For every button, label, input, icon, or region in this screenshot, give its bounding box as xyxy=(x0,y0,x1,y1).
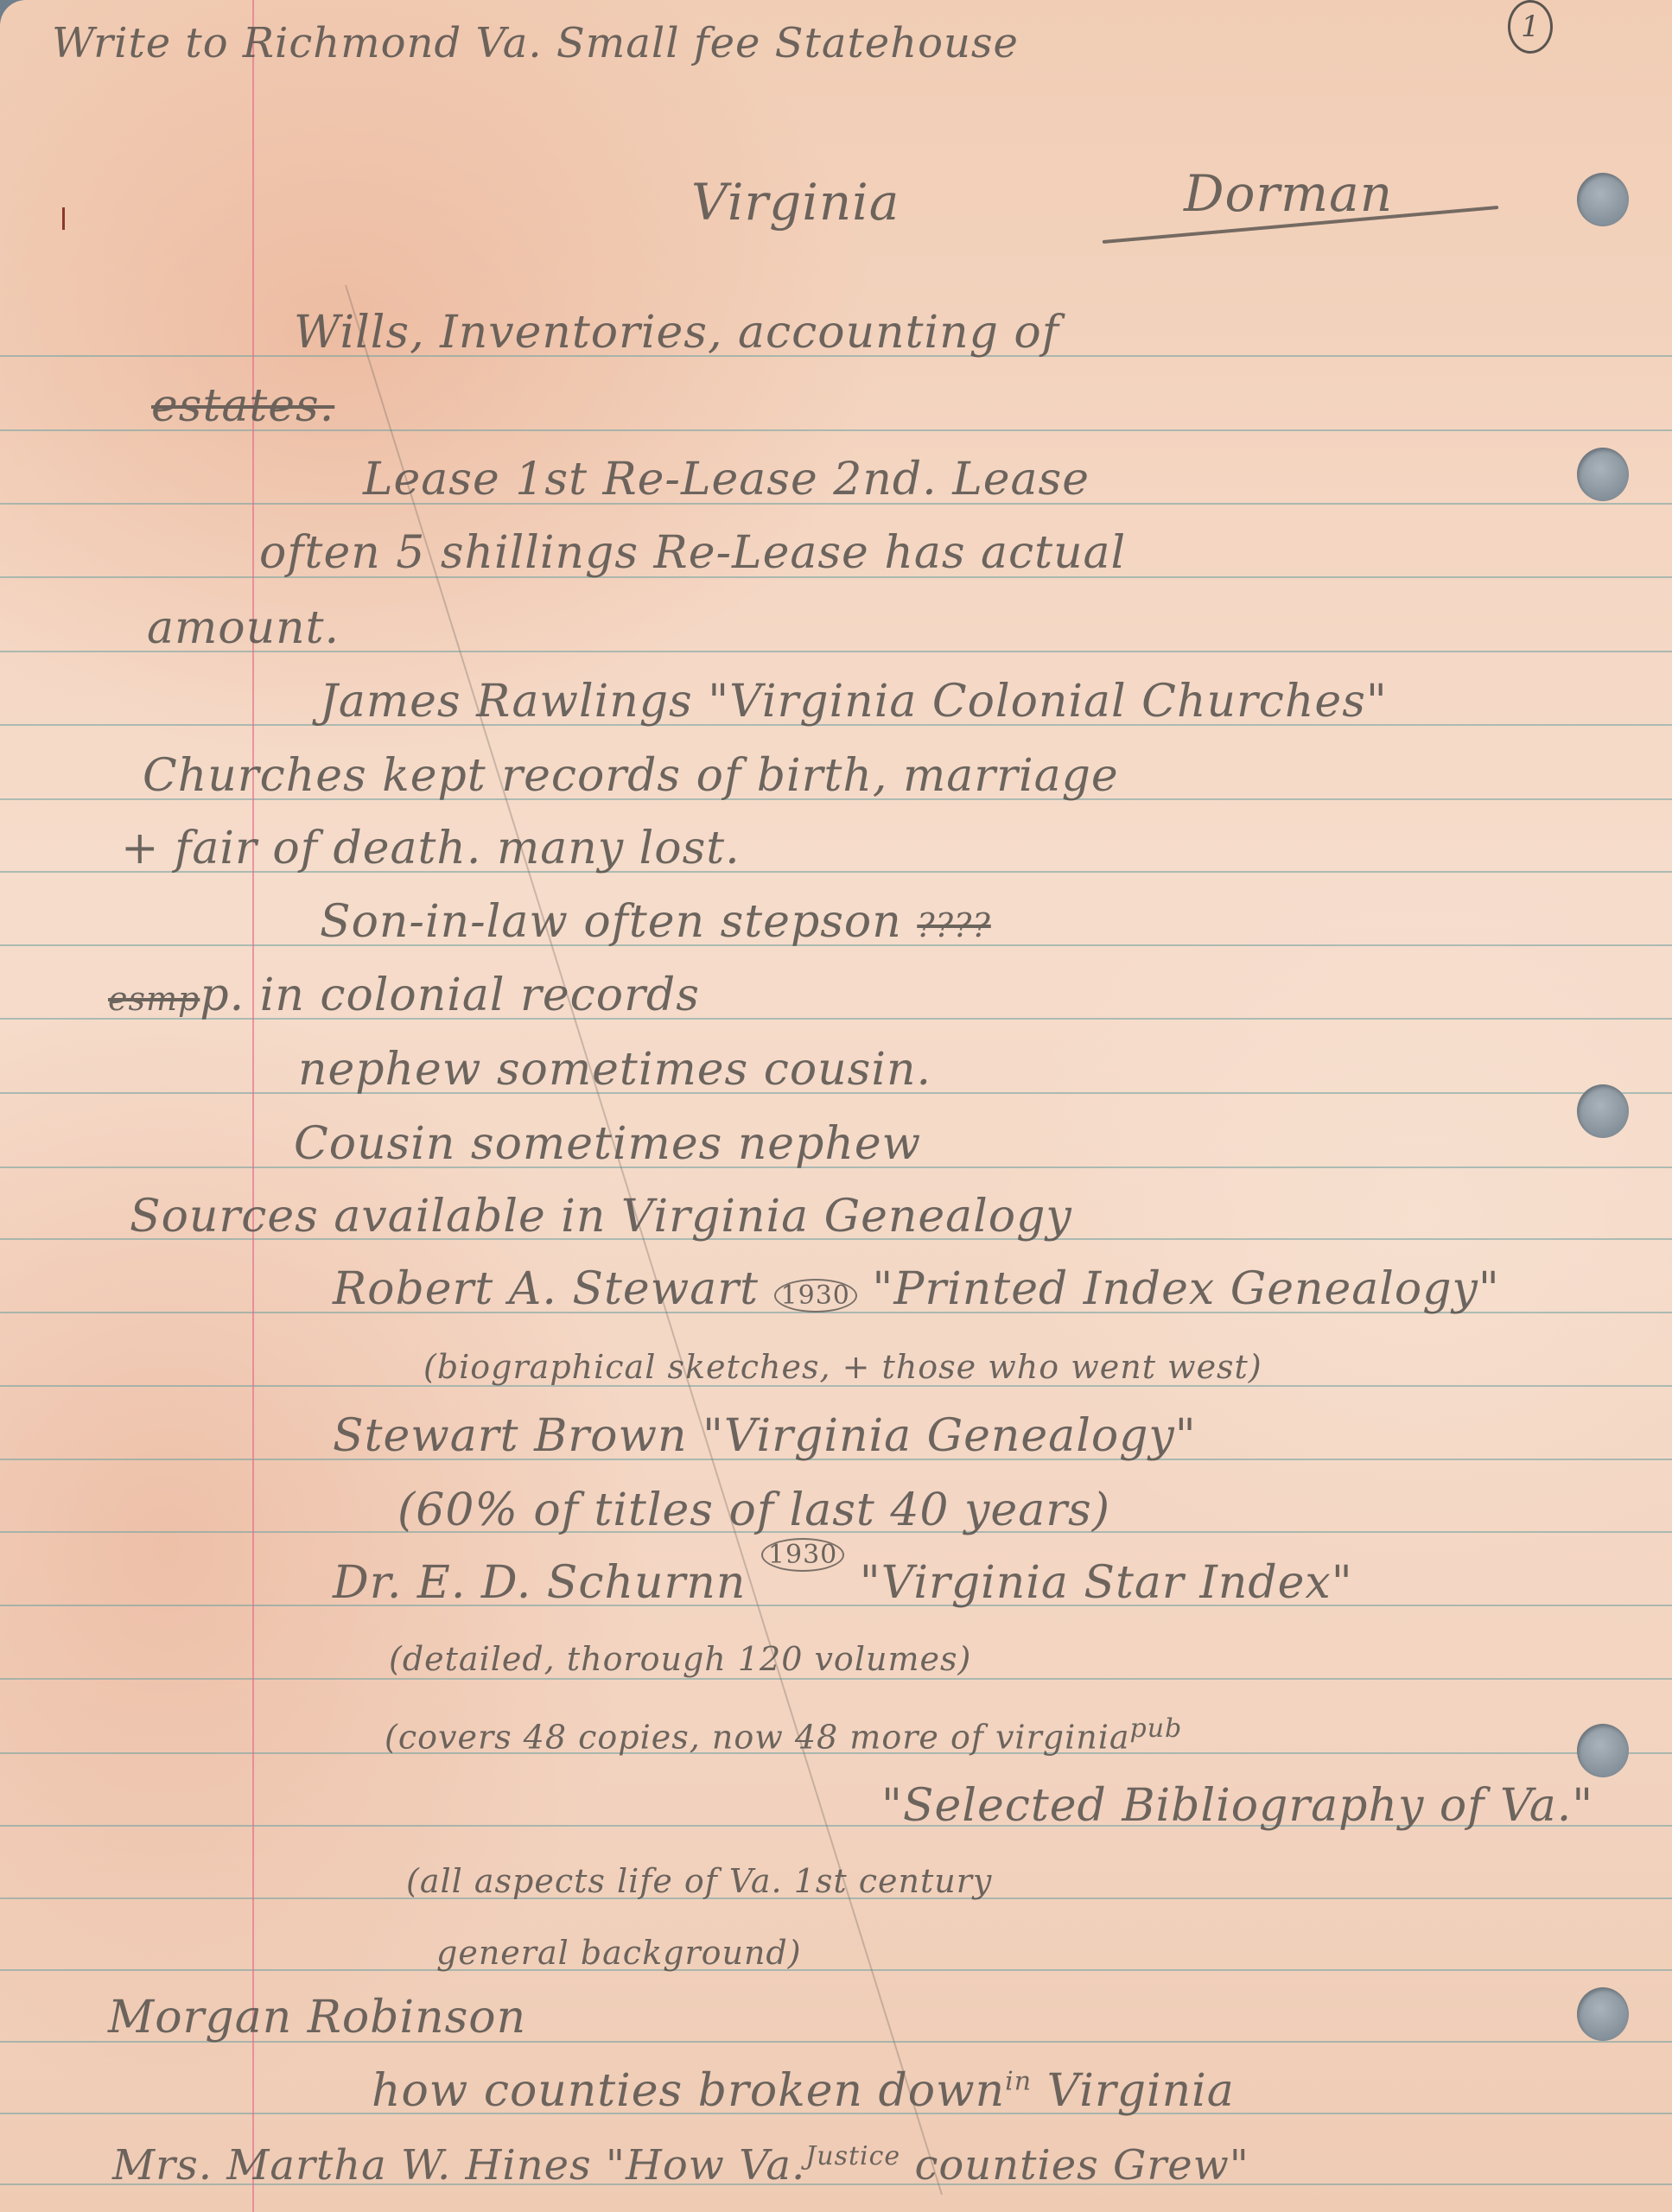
note-line: general background) xyxy=(436,1934,802,1972)
note-line: often 5 shillings Re-Lease has actual xyxy=(259,527,1126,579)
punch-hole xyxy=(1577,448,1629,501)
note-line: (biographical sketches, + those who went… xyxy=(423,1348,1262,1386)
circled-year: 1930 xyxy=(774,1279,857,1313)
note-line: Cousin sometimes nephew xyxy=(294,1118,921,1170)
note-line-text: "Printed Index Genealogy" xyxy=(872,1263,1499,1315)
note-line-text: (covers 48 copies, now 48 more of virgin… xyxy=(385,1719,1130,1757)
title-left: Virginia xyxy=(691,173,900,232)
note-line: Robert A. Stewart 1930 "Printed Index Ge… xyxy=(333,1263,1500,1315)
rule-line xyxy=(0,1678,1672,1680)
note-line: estates. xyxy=(151,380,334,432)
margin-tick-mark xyxy=(62,207,65,230)
note-line: Churches kept records of birth, marriage xyxy=(143,750,1119,802)
note-line: Morgan Robinson xyxy=(108,1992,526,2044)
note-line-text: p. in colonial records xyxy=(200,969,700,1021)
circled-year: 1930 xyxy=(761,1538,844,1572)
note-line-text: Dr. E. D. Schurnn xyxy=(333,1557,746,1609)
note-line: Sources available in Virginia Genealogy xyxy=(130,1191,1072,1243)
note-line: (60% of titles of last 40 years) xyxy=(397,1484,1110,1536)
page-number-circled: 1 xyxy=(1508,0,1553,54)
note-line: (detailed, thorough 120 volumes) xyxy=(389,1640,971,1678)
note-line: (covers 48 copies, now 48 more of virgin… xyxy=(385,1713,1182,1757)
rule-line xyxy=(0,1969,1672,1971)
note-line-text: Robert A. Stewart xyxy=(333,1263,759,1315)
struck-text: esmp xyxy=(108,980,200,1018)
note-line-text: Virginia xyxy=(1047,2065,1235,2117)
punch-hole xyxy=(1577,173,1629,226)
note-line: how counties broken downin Virginia xyxy=(372,2065,1235,2117)
note-line: Mrs. Martha W. Hines "How Va.Justice cou… xyxy=(112,2141,1249,2190)
note-line: esmpp. in colonial records xyxy=(108,969,700,1021)
superscript-note: pub xyxy=(1130,1713,1183,1744)
margin-line xyxy=(252,0,254,2212)
superscript-note: Justice xyxy=(805,2141,900,2171)
note-line-text: Mrs. Martha W. Hines "How Va. xyxy=(112,2141,805,2190)
note-line-text: how counties broken down xyxy=(372,2065,1005,2117)
note-line-text: "Virginia Star Index" xyxy=(860,1557,1353,1609)
note-line: Lease 1st Re-Lease 2nd. Lease xyxy=(363,454,1090,505)
note-line: amount. xyxy=(147,602,340,654)
struck-text: ???? xyxy=(917,906,991,944)
note-line-text: counties Grew" xyxy=(914,2141,1249,2190)
note-line: + fair of death. many lost. xyxy=(121,823,741,874)
superscript-note: in xyxy=(1005,2067,1032,2097)
punch-hole xyxy=(1577,1084,1629,1138)
punch-hole xyxy=(1577,1724,1629,1777)
note-line: Son-in-law often stepson ???? xyxy=(320,896,991,948)
note-line: James Rawlings "Virginia Colonial Church… xyxy=(320,676,1388,728)
note-line-text: Son-in-law often stepson xyxy=(320,896,902,948)
header-note: Write to Richmond Va. Small fee Statehou… xyxy=(52,19,1019,67)
punch-hole xyxy=(1577,1987,1629,2041)
note-line: "Selected Bibliography of Va." xyxy=(881,1780,1593,1832)
title-right: Dorman xyxy=(1184,164,1393,223)
notebook-page: Write to Richmond Va. Small fee Statehou… xyxy=(0,0,1672,2212)
note-line: (all aspects life of Va. 1st century xyxy=(406,1862,992,1900)
note-line: Dr. E. D. Schurnn 1930 "Virginia Star In… xyxy=(333,1557,1353,1609)
note-line: Wills, Inventories, accounting of xyxy=(294,307,1059,359)
note-line: nephew sometimes cousin. xyxy=(298,1044,931,1096)
note-line: Stewart Brown "Virginia Genealogy" xyxy=(333,1410,1197,1462)
